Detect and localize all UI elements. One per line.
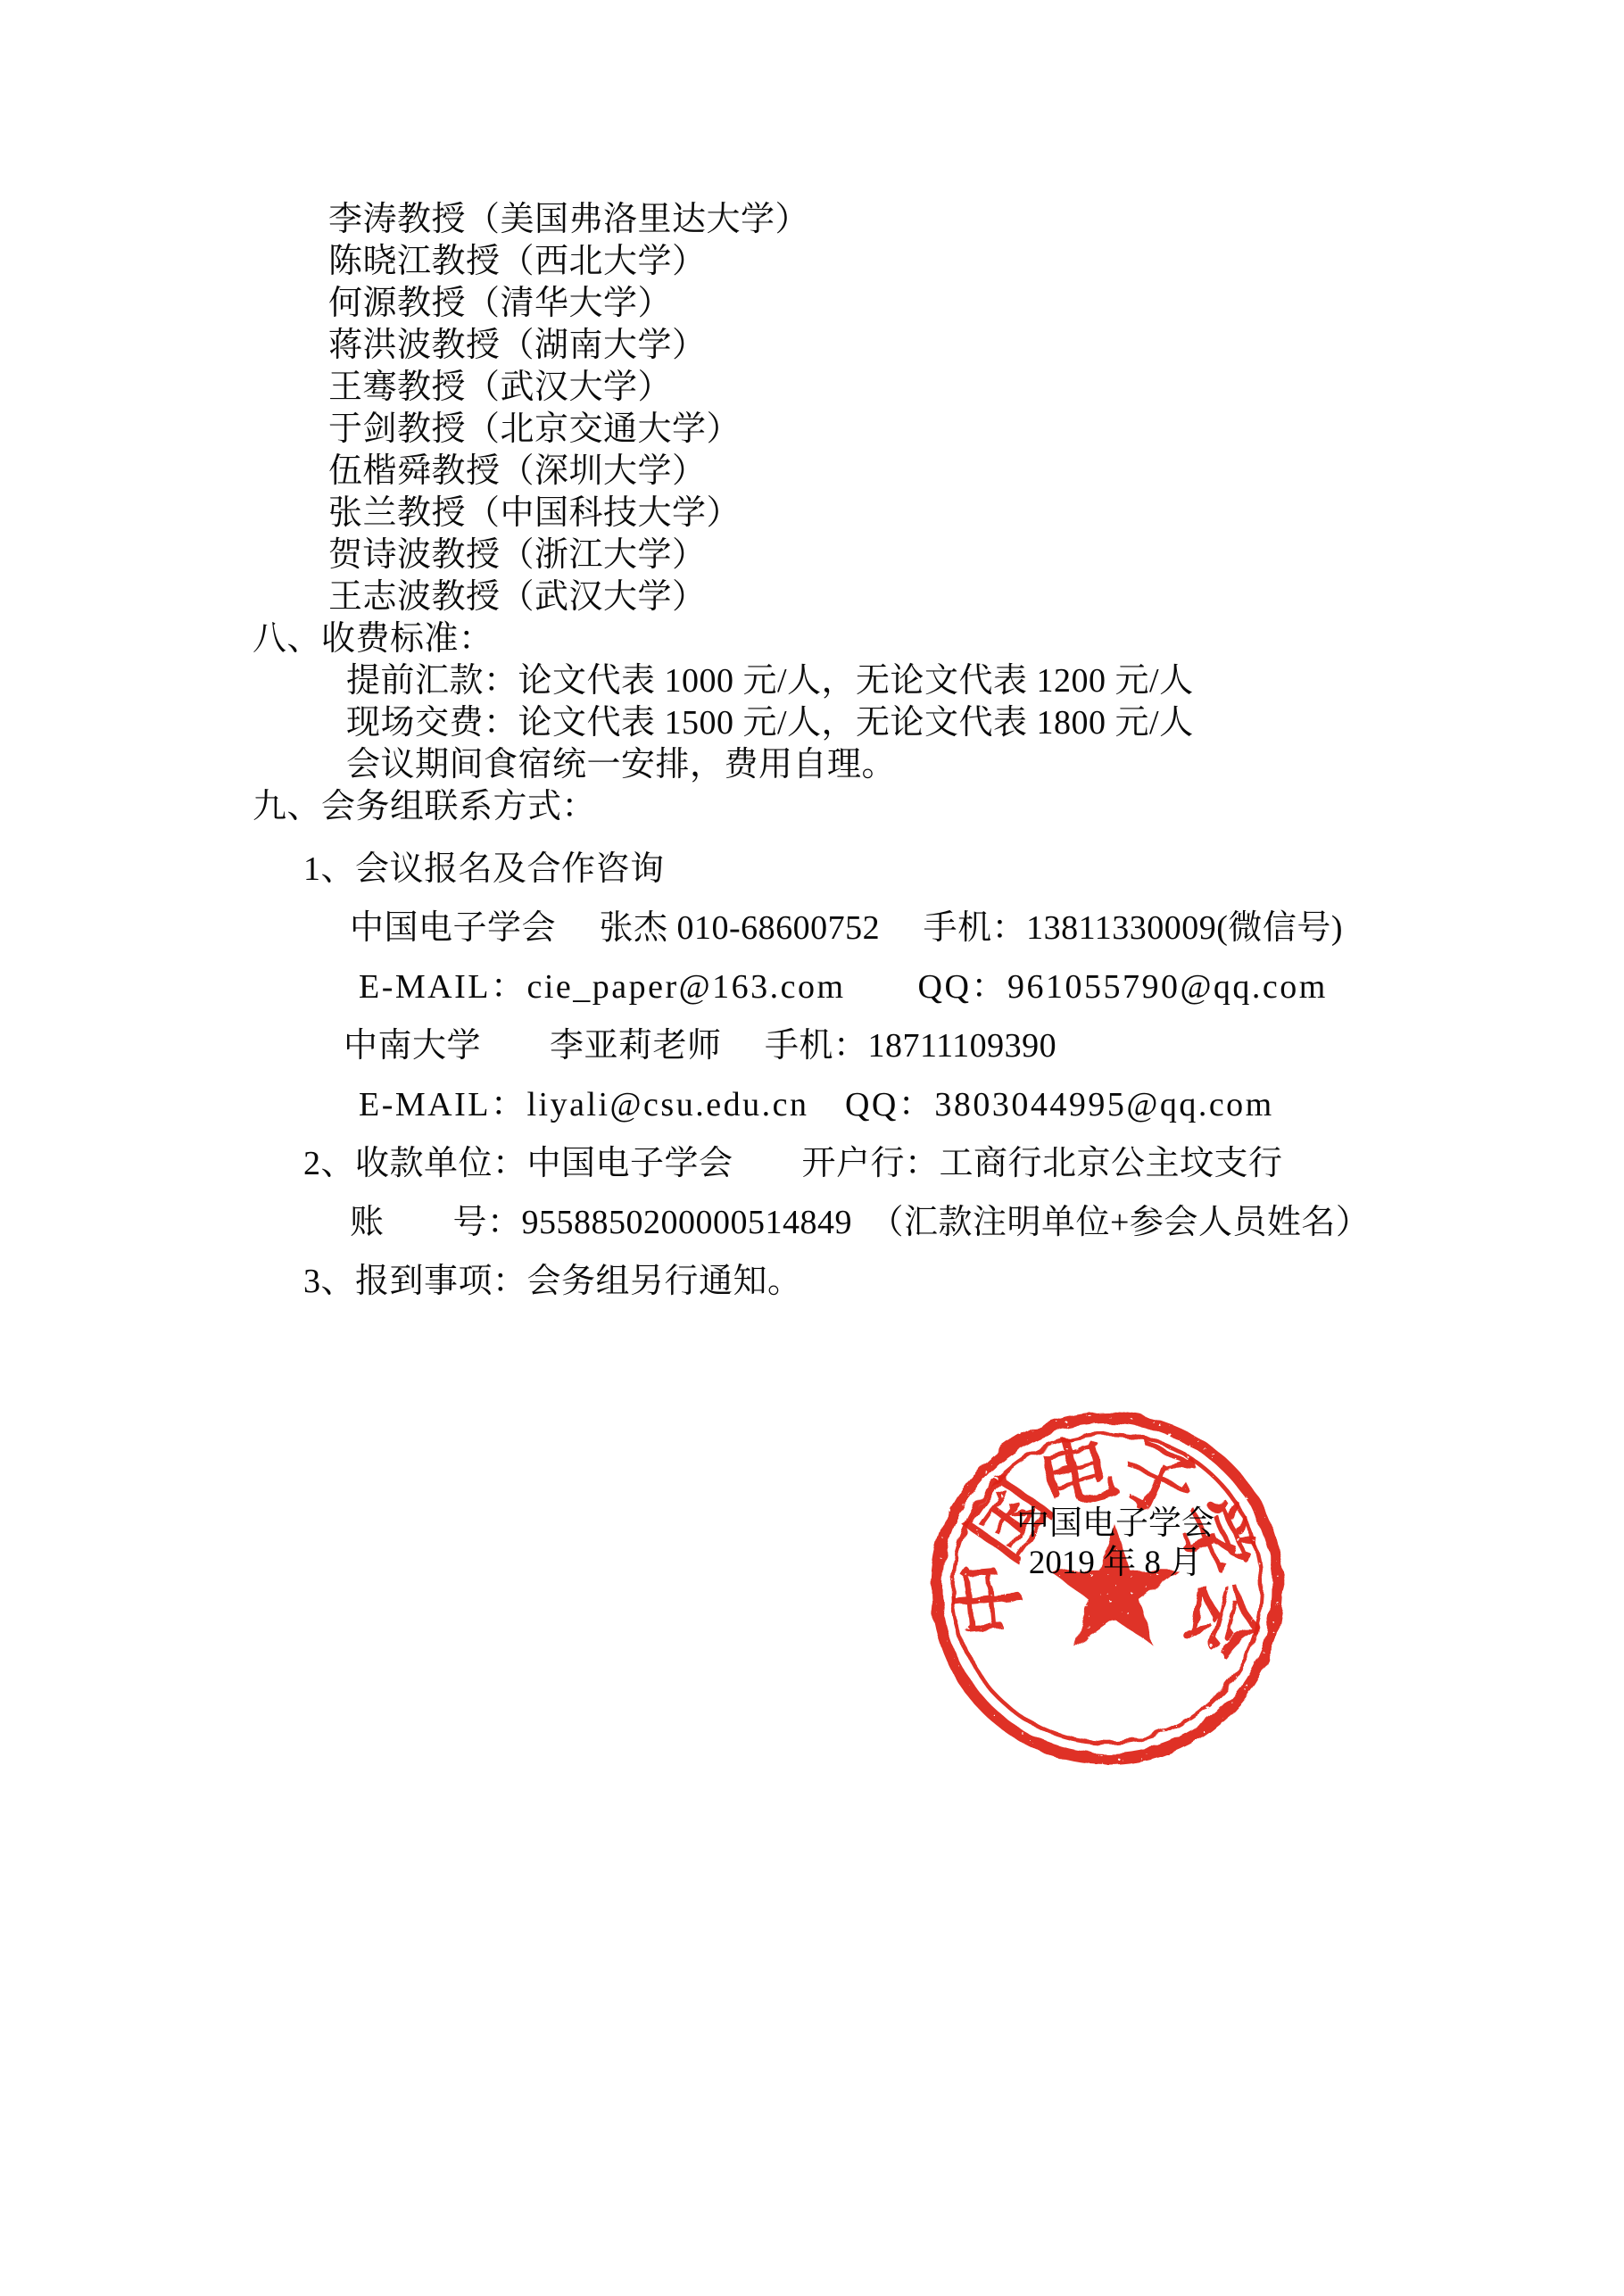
committee-member-line: 王志波教授（武汉大学） (328, 576, 707, 618)
signature-date-line: 2019 年 8 月 (928, 1544, 1303, 1583)
committee-member-line: 何源教授（清华大学） (328, 282, 672, 325)
committee-member-line: 陈晓江教授（西北大学） (328, 240, 707, 283)
fees-section-heading: 八、收费标准： (253, 618, 493, 660)
contacts-section-heading: 九、会务组联系方式： (253, 785, 596, 828)
seal-ring-char: 会 (1171, 1571, 1271, 1665)
contact-item3-line: 3、报到事项：会务组另行通知。 (303, 1260, 802, 1303)
committee-member-line: 李涛教授（美国弗洛里达大学） (328, 198, 809, 241)
fees-prepay-line: 提前汇款：论文代表 1000 元/人，无论文代表 1200 元/人 (346, 659, 1194, 702)
committee-member-line: 伍楷舜教授（深圳大学） (328, 450, 707, 493)
contact-item2-account: 账 号：9558850200000514849 （汇款注明单位+参会人员姓名） (350, 1201, 1370, 1244)
committee-member-line: 于剑教授（北京交通大学） (328, 408, 741, 451)
contact-csu-line: 中南大学 李亚莉老师 手机：18711109390 (344, 1024, 1056, 1067)
official-seal-stamp: 中 国 电 子 学 会 (927, 1408, 1288, 1769)
signature-org-line: 中国电子学会 (928, 1504, 1303, 1544)
fees-onsite-line: 现场交费：论文代表 1500 元/人，无论文代表 1800 元/人 (346, 701, 1194, 744)
contact-csu-email: E-MAIL：liyali@csu.edu.cn QQ：3803044995@q… (359, 1083, 1274, 1126)
committee-member-line: 张兰教授（中国科技大学） (328, 492, 741, 535)
contact-item1-title: 1、会议报名及合作咨询 (303, 848, 665, 891)
document-page: 李涛教授（美国弗洛里达大学） 陈晓江教授（西北大学） 何源教授（清华大学） 蒋洪… (0, 0, 1624, 2296)
committee-member-line: 蒋洪波教授（湖南大学） (328, 324, 707, 367)
fees-note-line: 会议期间食宿统一安排，费用自理。 (346, 743, 896, 786)
contact-cie-line: 中国电子学会 张杰 010-68600752 手机：13811330009(微信… (350, 907, 1343, 949)
contact-cie-email: E-MAIL：cie_paper@163.com QQ：961055790@qq… (359, 966, 1328, 1008)
committee-member-line: 王骞教授（武汉大学） (328, 366, 672, 409)
committee-member-line: 贺诗波教授（浙江大学） (328, 534, 707, 576)
contact-item2-payee: 2、收款单位：中国电子学会 开户行：工商行北京公主坟支行 (303, 1142, 1283, 1185)
